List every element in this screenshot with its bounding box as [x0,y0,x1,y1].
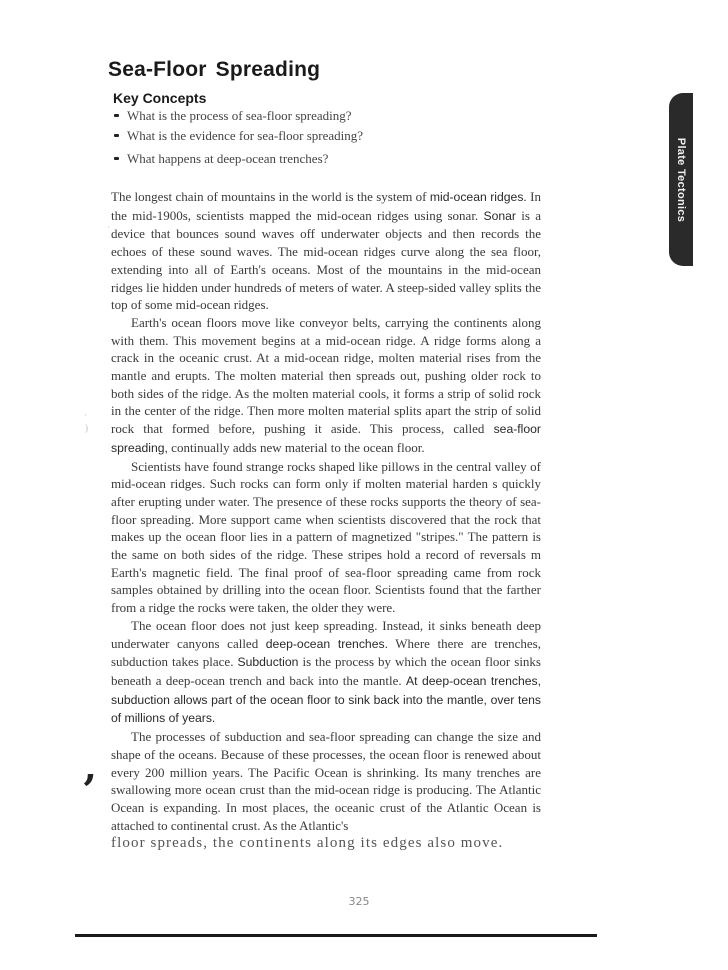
page-number: 325 [0,895,718,908]
margin-dot-mark: · [84,410,87,420]
footer-rule [75,934,597,937]
text-run: The longest chain of mountains in the wo… [111,189,430,204]
bullet-icon [114,134,119,137]
text-run: The processes of subduction and sea-floo… [111,729,541,833]
key-concept-text: What happens at deep-ocean trenches? [127,147,328,170]
margin-paren-mark: ) [85,423,88,433]
chapter-side-tab: Plate Tectonics [669,93,693,266]
text-run: continually adds new material to the oce… [168,440,425,455]
body-text: The longest chain of mountains in the wo… [111,188,541,852]
chapter-side-tab-label: Plate Tectonics [675,137,687,221]
text-run: is a device that bounces sound waves off… [111,208,541,313]
key-term: deep-ocean trenches. [266,637,388,651]
paragraph-3: Scientists have found strange rocks shap… [111,458,541,617]
paragraph-5-tail: floor spreads, the continents along its … [111,834,541,852]
page-title: Sea-Floor Spreading [108,58,320,82]
key-concept-text: What is the process of sea-floor spreadi… [127,107,352,124]
bullet-icon [114,157,119,160]
key-term: mid-ocean ridges. [430,190,527,204]
key-concepts-list: What is the process of sea-floor spreadi… [113,107,513,170]
key-concept-item: What is the process of sea-floor spreadi… [113,107,513,124]
paragraph-4: The ocean floor does not just keep sprea… [111,617,541,728]
margin-dot-mark: · [107,222,110,232]
key-concept-item: What is the evidence for sea-floor sprea… [113,124,513,147]
key-concept-text: What is the evidence for sea-floor sprea… [127,124,363,147]
quote-mark-icon: ’ [82,770,97,812]
key-concepts-box: Key Concepts What is the process of sea-… [113,90,513,170]
key-concept-item: What happens at deep-ocean trenches? [113,147,513,170]
text-run: Scientists have found strange rocks shap… [111,459,541,616]
key-term: Subduction [237,655,298,669]
paragraph-1: The longest chain of mountains in the wo… [111,188,541,314]
bullet-icon [114,114,119,117]
paragraph-5: The processes of subduction and sea-floo… [111,728,541,834]
paragraph-2: Earth's ocean floors move like conveyor … [111,314,541,458]
text-run: Earth's ocean floors move like conveyor … [111,315,541,436]
key-concepts-heading: Key Concepts [113,90,513,106]
key-term: Sonar [483,209,516,223]
